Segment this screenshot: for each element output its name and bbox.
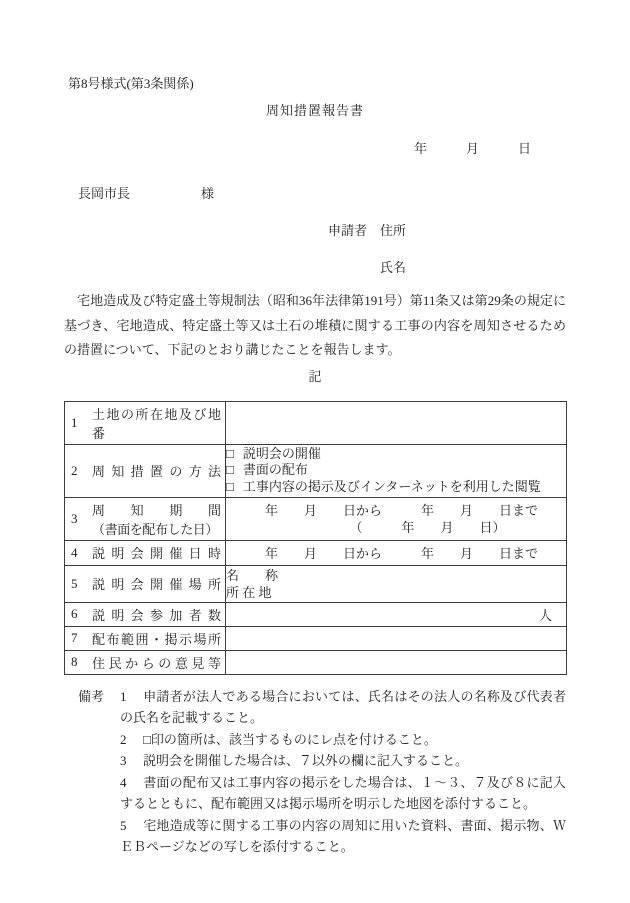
method-option-meeting: □説明会の開催 <box>226 446 566 463</box>
remark-text: 書面の配布又は工事内容の掲示をした場合は、１～３、７及び８に記入するとともに、配… <box>120 775 566 812</box>
period-date-range: 年 月 日から 年 月 日まで <box>226 502 566 519</box>
row-value-land-location <box>226 401 567 444</box>
report-table: 1土地の所在地及び地番 2周知措置の方法 □説明会の開催 □書面の配布 □工事内… <box>64 401 567 675</box>
table-row: 2周知措置の方法 □説明会の開催 □書面の配布 □工事内容の掲示及びインターネッ… <box>65 444 567 497</box>
remark-text: 説明会を開催した場合は、７以外の欄に記入すること。 <box>143 753 468 768</box>
row-label-period: 周知期間 <box>92 500 221 519</box>
row-label-meeting-datetime: 説明会開催日時 <box>92 543 221 562</box>
row-number: 5 <box>71 576 92 592</box>
meeting-date-range: 年 月 日から 年 月 日まで <box>226 543 566 562</box>
document-title: 周知措置報告書 <box>64 101 566 120</box>
table-row: 4説明会開催日時 年 月 日から 年 月 日まで <box>65 540 567 565</box>
row-number: 8 <box>71 654 92 670</box>
addressee-line: 長岡市長様 <box>78 184 566 203</box>
method-option-document: □書面の配布 <box>226 462 566 479</box>
row-number: 3 <box>71 511 92 527</box>
place-address-label: 所 在 地 <box>226 584 566 601</box>
row-value-resident-opinions <box>226 650 567 674</box>
method-option-label: 書面の配布 <box>243 462 308 477</box>
applicant-address-line: 申請者 住所 <box>328 221 566 240</box>
remark-number: 1 <box>120 686 143 708</box>
row-label-method: 周知措置の方法 <box>92 461 221 480</box>
row-number: 6 <box>71 606 92 622</box>
record-marker: 記 <box>64 367 566 386</box>
remark-text: 申請者が法人である場合においては、氏名はその法人の名称及び代表者の氏名を記載する… <box>120 689 566 726</box>
table-row: 8住民からの意見等 <box>65 650 567 674</box>
checkbox-icon: □ <box>226 446 234 461</box>
remark-text: 宅地造成等に関する工事の内容の周知に用いた資料、書面、掲示物、ＷＥＢページなどの… <box>120 818 566 855</box>
row-value-distribution-area <box>226 626 567 650</box>
method-option-label: 説明会の開催 <box>243 446 321 461</box>
remarks-label: 備考 <box>78 686 120 858</box>
remark-number: 2 <box>120 729 143 751</box>
form-number: 第8号様式(第3条関係) <box>68 74 566 93</box>
document-page: 第8号様式(第3条関係) 周知措置報告書 年 月 日 長岡市長様 申請者 住所 … <box>0 0 630 903</box>
row-sublabel-period: （書面を配布した日） <box>92 519 221 538</box>
body-paragraph: 宅地造成及び特定盛土等規制法（昭和36年法律第191号）第11条又は第29条の規… <box>64 289 566 363</box>
row-number: 4 <box>71 545 92 561</box>
method-option-label: 工事内容の掲示及びインターネットを利用した閲覧 <box>243 479 541 494</box>
row-number: 2 <box>71 463 92 479</box>
checkbox-icon: □ <box>226 479 234 494</box>
date-line: 年 月 日 <box>64 139 566 158</box>
applicant-name-line: 氏名 <box>380 258 566 277</box>
row-number: 7 <box>71 630 92 646</box>
row-label-resident-opinions: 住民からの意見等 <box>92 653 221 672</box>
table-row: 6説明会参加者数 人 <box>65 602 567 626</box>
addressee-name: 長岡市長 <box>78 186 130 201</box>
remark-number: 4 <box>120 772 143 794</box>
table-row: 3 周知期間（書面を配布した日） 年 月 日から 年 月 日まで （ 年 月 日… <box>65 497 567 540</box>
remark-number: 5 <box>120 815 143 837</box>
remark-item: 3説明会を開催した場合は、７以外の欄に記入すること。 <box>120 750 566 772</box>
remark-item: 4書面の配布又は工事内容の掲示をした場合は、１～３、７及び８に記入するとともに、… <box>120 772 566 815</box>
row-number: 1 <box>71 415 92 431</box>
remark-item: 2□印の箇所は、該当するものにレ点を付けること。 <box>120 729 566 751</box>
remarks-section: 備考 1申請者が法人である場合においては、氏名はその法人の名称及び代表者の氏名を… <box>78 686 566 858</box>
remark-number: 3 <box>120 750 143 772</box>
table-row: 7配布範囲・掲示場所 <box>65 626 567 650</box>
row-label-meeting-place: 説明会開催場所 <box>92 574 221 593</box>
row-label-participants: 説明会参加者数 <box>92 605 221 624</box>
remark-item: 1申請者が法人である場合においては、氏名はその法人の名称及び代表者の氏名を記載す… <box>120 686 566 729</box>
remark-item: 5宅地造成等に関する工事の内容の周知に用いた資料、書面、掲示物、ＷＥＢページなど… <box>120 815 566 858</box>
period-distribution-date: （ 年 月 日） <box>226 519 566 536</box>
row-label-distribution-area: 配布範囲・掲示場所 <box>92 629 221 648</box>
table-row: 5説明会開催場所 名 称 所 在 地 <box>65 565 567 602</box>
remarks-items: 1申請者が法人である場合においては、氏名はその法人の名称及び代表者の氏名を記載す… <box>120 686 566 858</box>
checkbox-icon: □ <box>226 462 234 477</box>
participants-unit: 人 <box>226 605 566 624</box>
place-name-label: 名 称 <box>226 567 566 584</box>
method-option-internet: □工事内容の掲示及びインターネットを利用した閲覧 <box>226 479 566 496</box>
addressee-honorific: 様 <box>201 186 214 201</box>
row-label-land-location: 土地の所在地及び地番 <box>92 404 221 442</box>
table-row: 1土地の所在地及び地番 <box>65 401 567 444</box>
remark-text: □印の箇所は、該当するものにレ点を付けること。 <box>143 732 437 747</box>
